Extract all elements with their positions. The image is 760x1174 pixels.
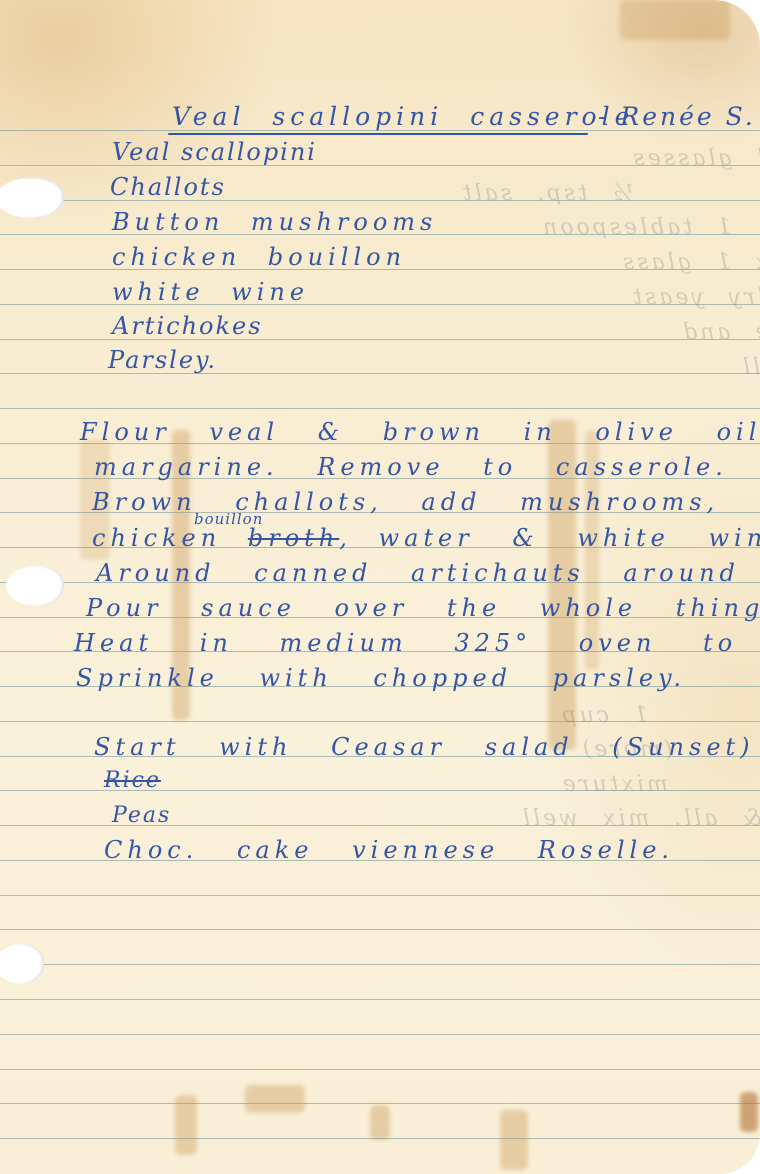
method-line: Flour veal & brown in olive oil &	[80, 420, 760, 444]
recipe-title: Veal scallopini casserole	[172, 104, 634, 129]
method-line: Brown challots, add mushrooms,	[92, 490, 719, 514]
stain	[740, 1092, 758, 1132]
binder-hole	[6, 566, 64, 606]
binder-hole	[0, 178, 64, 218]
stain	[500, 1110, 528, 1170]
method-line: Sprinkle with chopped parsley.	[76, 666, 686, 690]
bleed-through-line: & all. mix well	[520, 806, 760, 831]
recipe-page: (Flamme Fine) Sabayon 3 full glasses ½ t…	[0, 0, 760, 1174]
method-line: Heat in medium 325° oven to warm.	[74, 631, 760, 655]
menu-side: Peas	[112, 805, 171, 827]
method-line: Pour sauce over the whole thing.	[86, 596, 760, 620]
method-word: chicken	[92, 524, 221, 552]
menu-dessert: Choc. cake viennese Roselle.	[104, 838, 674, 862]
stain	[620, 0, 730, 40]
stain	[175, 1095, 197, 1155]
ingredient-item: chicken bouillon	[112, 245, 406, 269]
ruled-line	[0, 929, 760, 930]
ruled-line	[0, 895, 760, 896]
ingredient-item: white wine	[112, 280, 309, 304]
ruled-line	[0, 964, 760, 965]
bleed-through-line: 1 pkg. dry yeast	[630, 285, 760, 310]
comma: ,	[339, 524, 352, 552]
stain	[370, 1105, 390, 1140]
bleed-through-line: 1 cup	[560, 703, 649, 728]
bleed-through-line: 1 tablespoon	[540, 215, 731, 240]
menu-struck-item: Rice	[104, 770, 161, 792]
ruled-line	[0, 408, 760, 409]
bleed-through-line: ½ tsp. salt	[460, 181, 634, 206]
stain	[245, 1085, 305, 1113]
recipe-attribution: - Renée S.	[598, 104, 756, 129]
bleed-through-line: 3 full glasses	[630, 146, 760, 171]
bleed-through-line: Approx 1 glass	[620, 250, 760, 275]
bleed-through-line: mixture	[560, 772, 668, 797]
ingredient-item: Challots	[110, 175, 226, 199]
method-line: Around canned artichauts around meat,	[96, 561, 760, 585]
ruled-line	[0, 1034, 760, 1035]
bleed-through-line: water to dissolve and	[680, 320, 760, 345]
method-line: margarine. Remove to casserole.	[94, 455, 728, 479]
ruled-line	[0, 1069, 760, 1070]
binder-hole	[0, 944, 44, 984]
ingredient-item: Parsley.	[108, 348, 217, 372]
title-underline	[168, 133, 588, 135]
bleed-through-line: Add water gradually - knead well	[740, 355, 760, 380]
menu-starter: Start with Ceasar salad (Sunset)	[94, 735, 755, 759]
ingredient-item: Button mushrooms	[112, 210, 437, 234]
struck-word: broth	[248, 524, 339, 552]
method-line: chicken broth, water & white wine	[92, 526, 760, 550]
ruled-line	[0, 999, 760, 1000]
ingredient-item: Artichokes	[112, 314, 263, 338]
ruled-line	[0, 1103, 760, 1104]
ingredient-item: Veal scallopini	[112, 140, 317, 164]
method-text: water & white wine	[379, 524, 760, 552]
